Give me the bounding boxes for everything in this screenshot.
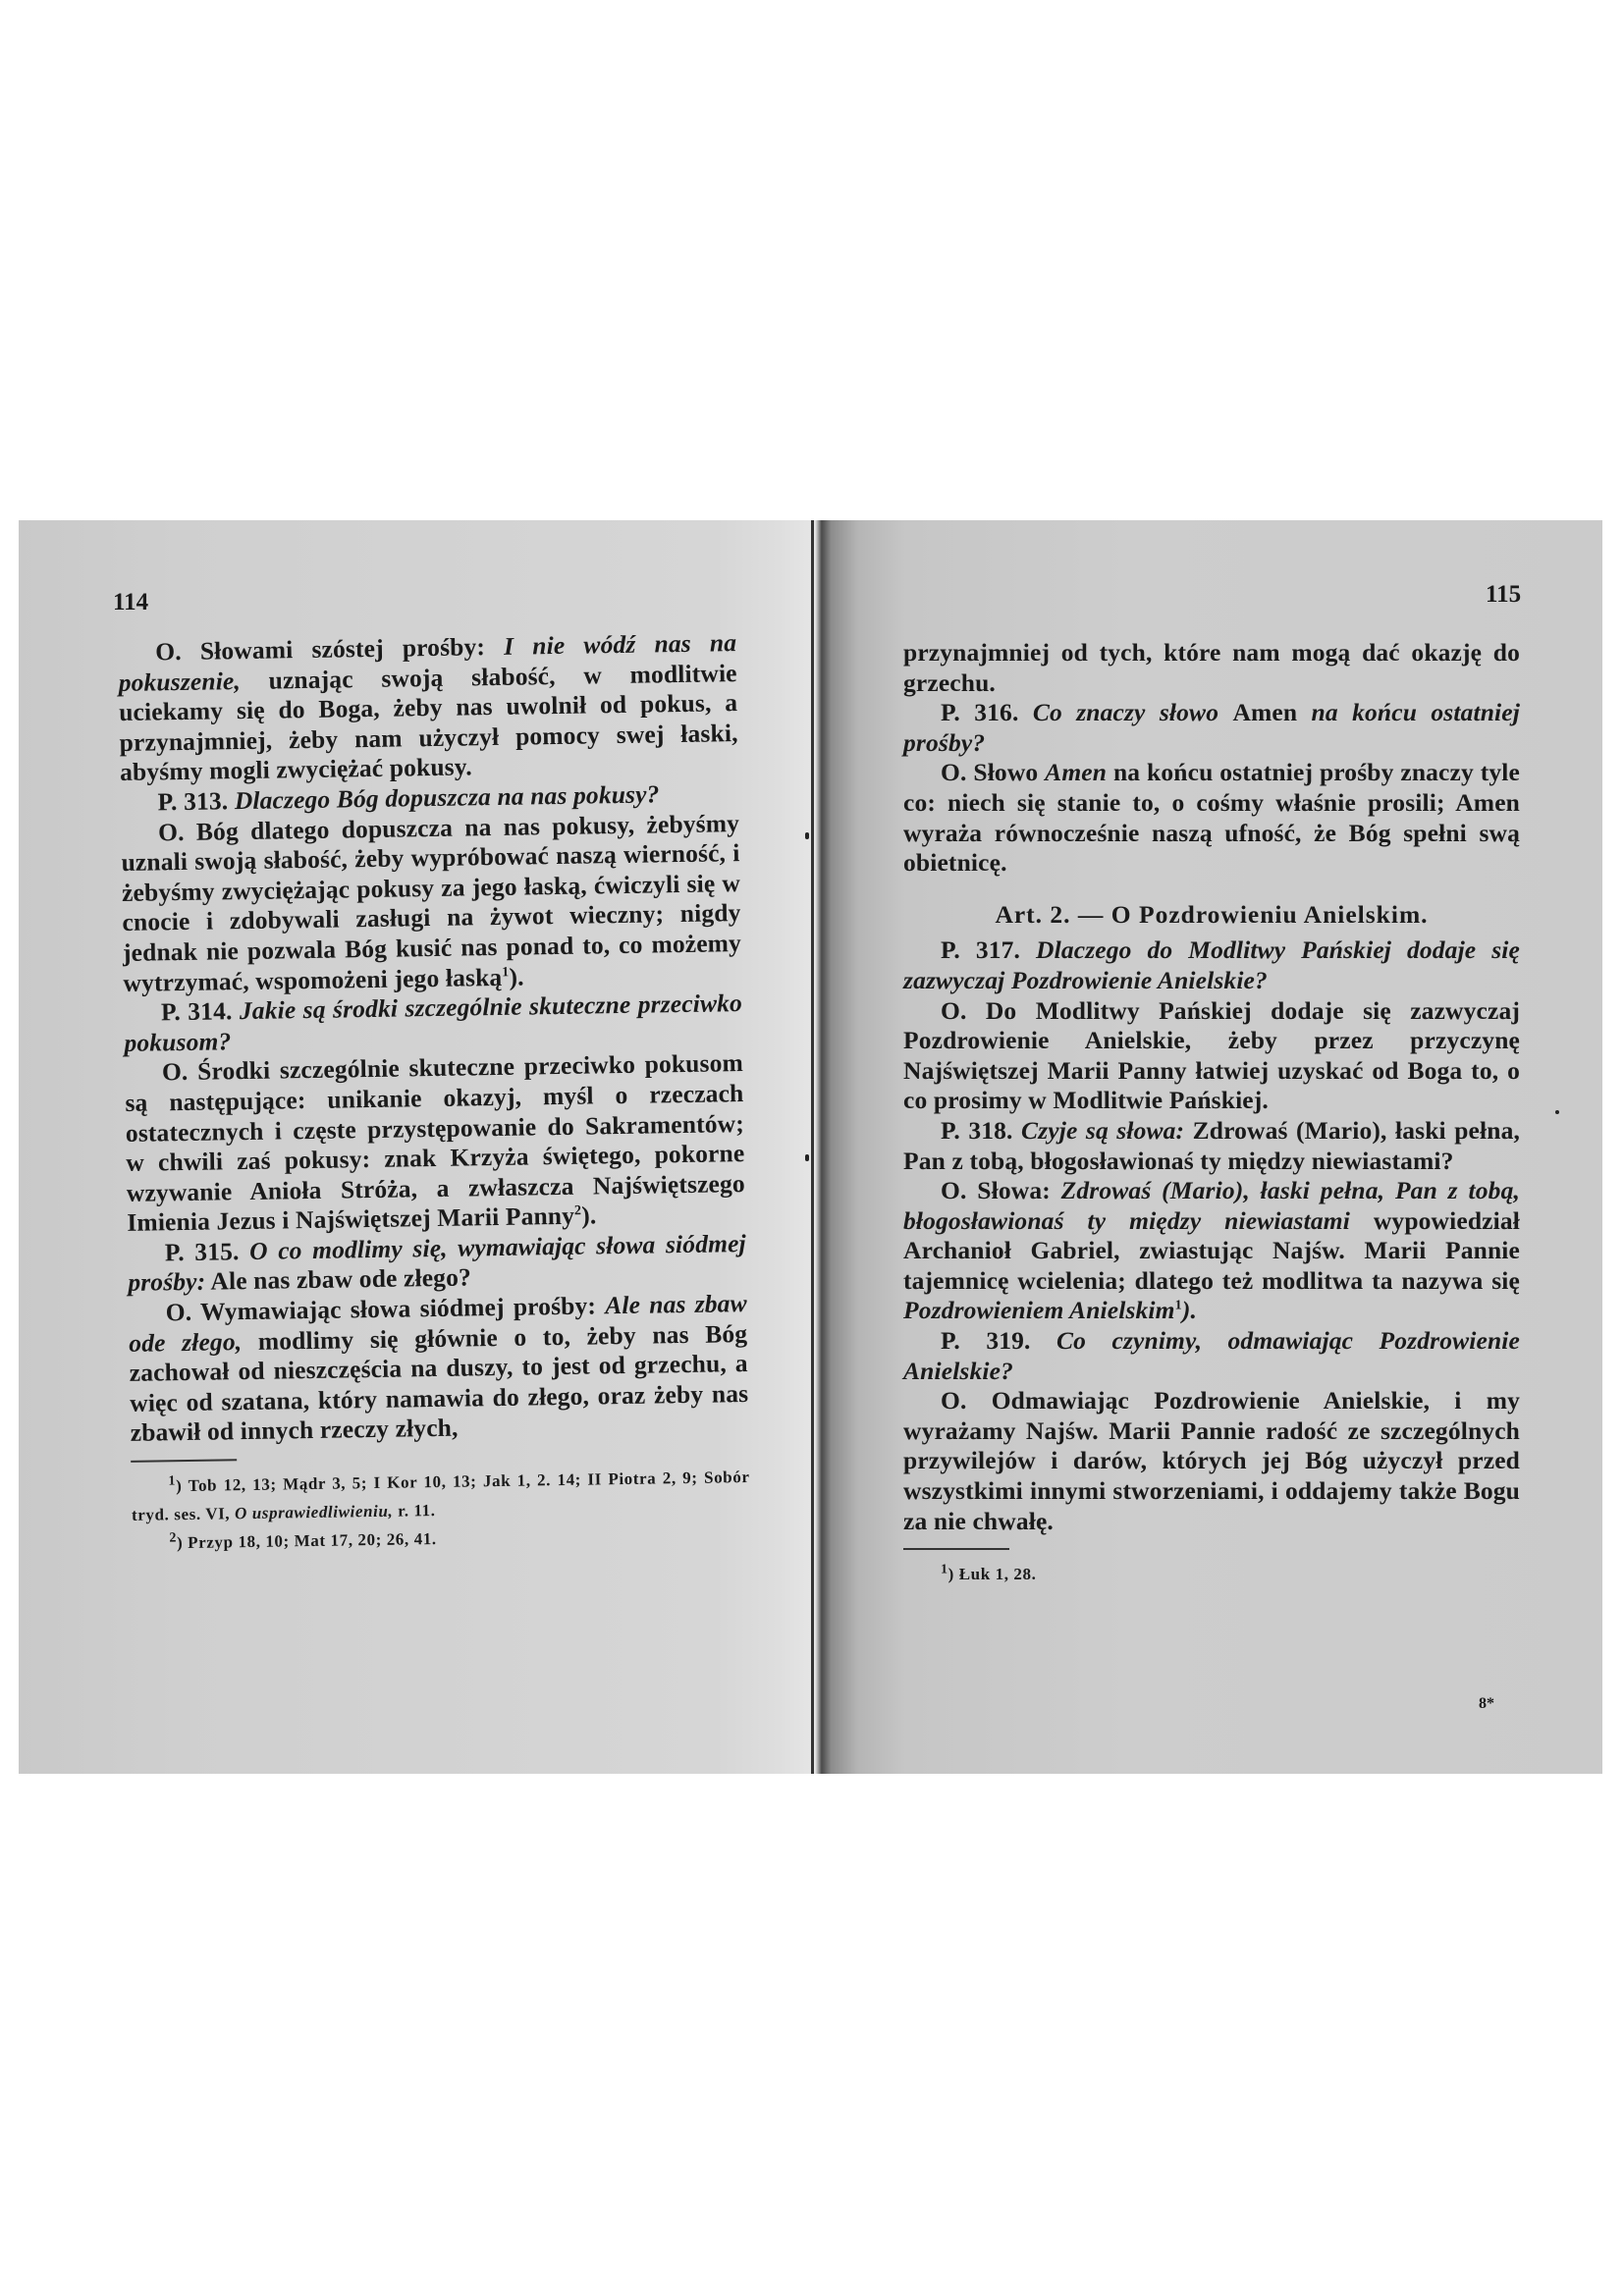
right-page: przynajmniej od tych, które nam mogą dać… xyxy=(903,638,1520,1588)
scan-speck xyxy=(805,832,809,839)
question-316: P. 316. Co znaczy słowo Amen na końcu os… xyxy=(903,698,1520,758)
answer-paragraph: O. Słowami szóstej prośby: I nie wódź na… xyxy=(118,628,738,788)
answer-315: O. Wymawiając słowa siódmej prośby: Ale … xyxy=(129,1289,749,1449)
footnote-divider xyxy=(903,1548,1009,1550)
answer-316: O. Słowo Amen na końcu ostatniej prośby … xyxy=(903,758,1520,878)
answer-317: O. Do Modlitwy Pańskiej dodaje się zazwy… xyxy=(903,996,1520,1116)
answer-313: O. Bóg dlatego dopuszcza na nas pokusy, … xyxy=(121,809,742,998)
answer-318: O. Słowa: Zdrowaś (Mario), łaski pełna, … xyxy=(903,1176,1520,1326)
answer-319: O. Odmawiając Pozdrowienie Anielskie, i … xyxy=(903,1386,1520,1536)
section-heading: Art. 2. — O Pozdrowieniu Anielskim. xyxy=(903,900,1520,931)
continuation-paragraph: przynajmniej od tych, które nam mogą dać… xyxy=(903,638,1520,698)
book-gutter xyxy=(811,520,814,1774)
left-page: O. Słowami szóstej prośby: I nie wódź na… xyxy=(118,628,751,1558)
scan-speck xyxy=(1555,1110,1559,1114)
footnote-1: 1) Łuk 1, 28. xyxy=(903,1560,1520,1588)
question-314: P. 314. Jakie są środki szczególnie skut… xyxy=(124,988,743,1058)
footnote-1: 1) Tob 12, 13; Mądr 3, 5; I Kor 10, 13; … xyxy=(131,1463,750,1529)
question-317: P. 317. Dlaczego do Modlitwy Pańskiej do… xyxy=(903,935,1520,995)
answer-314: O. Środki szczególnie skuteczne przeciwk… xyxy=(125,1048,746,1238)
question-319: P. 319. Co czynimy, odmawiając Pozdrowie… xyxy=(903,1326,1520,1386)
question-315: P. 315. O co modlimy się, wymawiając sło… xyxy=(128,1229,747,1299)
page-number-right: 115 xyxy=(1486,581,1521,609)
footnote-divider xyxy=(131,1459,237,1463)
question-318: P. 318. Czyje są słowa: Zdrowaś (Mario),… xyxy=(903,1116,1520,1176)
scan-speck xyxy=(805,1154,809,1161)
printer-signature-mark: 8* xyxy=(1479,1695,1494,1713)
page-number-left: 114 xyxy=(113,589,148,616)
